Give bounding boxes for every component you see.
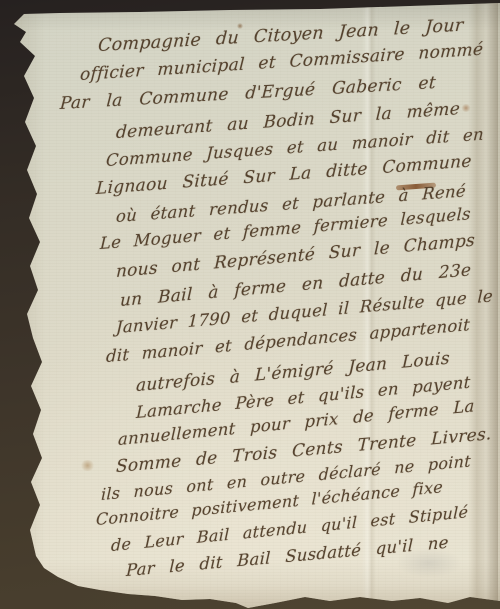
handwritten-text: Compagnie du Citoyen Jean le Jour offici… bbox=[0, 0, 500, 609]
manuscript-page: Compagnie du Citoyen Jean le Jour offici… bbox=[0, 0, 500, 609]
manuscript-photograph: Compagnie du Citoyen Jean le Jour offici… bbox=[0, 0, 500, 609]
